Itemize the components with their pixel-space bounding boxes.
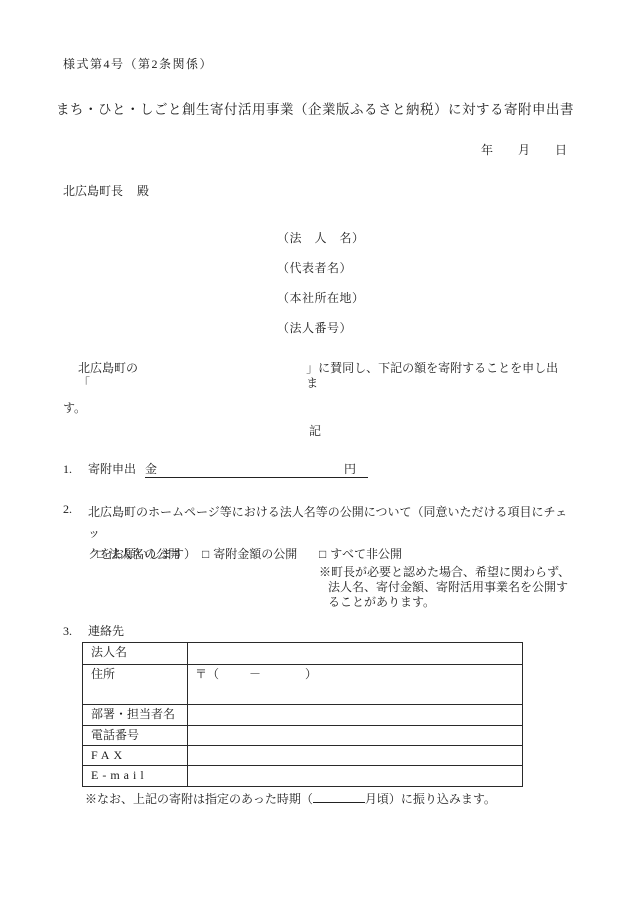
representative-name-label: （代表者名） [277, 261, 365, 275]
row-label-cell: 住所 [83, 665, 188, 704]
month-blank-line [313, 791, 365, 803]
row-value-cell [188, 726, 522, 745]
form-number: 様式第4号（第2条関係） [63, 57, 213, 72]
option-label: すべて非公開 [330, 547, 402, 561]
date-line: 年 月 日 [481, 143, 567, 158]
option-donation-amount: □ 寄附金額の公開 [202, 547, 297, 562]
year-label: 年 [481, 143, 493, 158]
checkbox-icon: □ [202, 547, 209, 561]
declaration-lead-in: 北広島町の「 [78, 361, 150, 391]
addressee: 北広島町長 殿 [63, 184, 149, 199]
donation-amount-item: 1. 寄附申出 金 円 [63, 462, 368, 478]
day-label: 日 [555, 143, 567, 158]
amount-prefix: 金 [145, 462, 157, 477]
table-row-phone: 電話番号 [83, 725, 522, 745]
row-label-cell: FAX [83, 746, 188, 765]
table-row-department: 部署・担当者名 [83, 704, 522, 725]
option-label: 法人名の公開 [108, 547, 180, 561]
contact-item: 3. 連絡先 [63, 624, 124, 639]
table-row-address: 住所 〒（－） [83, 664, 522, 704]
row-label-cell: E-mail [83, 766, 188, 786]
addressee-name: 北広島町長 [63, 184, 123, 199]
footnote-lead: ※なお、上記の寄附は指定のあった時期（ [85, 792, 313, 806]
table-row-fax: FAX [83, 745, 522, 765]
record-heading: 記 [0, 424, 630, 439]
declaration-paragraph: 北広島町の「 」に賛同し、下記の額を寄附することを申し出ま す。 [63, 361, 569, 416]
table-row-corporate-name: 法人名 [83, 643, 522, 664]
donation-amount-underline: 金 円 [145, 462, 368, 478]
checkbox-icon: □ [97, 547, 104, 561]
item-number-1: 1. [63, 462, 88, 477]
postal-mark: 〒（ [195, 667, 219, 681]
option-label: 寄附金額の公開 [213, 547, 297, 561]
row-label-cell: 法人名 [83, 643, 188, 664]
amount-suffix: 円 [344, 462, 356, 477]
transfer-timing-footnote: ※なお、上記の寄附は指定のあった時期（月頃）に振り込みます。 [85, 791, 496, 807]
head-office-address-label: （本社所在地） [277, 291, 365, 305]
postal-close-paren: ） [305, 667, 317, 681]
row-label-cell: 電話番号 [83, 726, 188, 745]
declaration-line-1: 北広島町の「 」に賛同し、下記の額を寄附することを申し出ま [63, 361, 569, 391]
row-value-cell [188, 643, 522, 664]
footnote-tail: 月頃）に振り込みます。 [365, 792, 496, 806]
option-corporate-name: □ 法人名の公開 [97, 547, 180, 562]
donation-application-form: 様式第4号（第2条関係） まち・ひと・しごと創生寄付活用事業（企業版ふるさと納税… [0, 0, 630, 903]
note-line-3: ることがあります。 [319, 595, 579, 610]
row-value-cell: 〒（－） [188, 665, 522, 704]
addressee-honorific: 殿 [137, 184, 149, 199]
page-title: まち・ひと・しごと創生寄付活用事業（企業版ふるさと納税）に対する寄附申出書 [0, 102, 630, 117]
postal-dash: － [249, 667, 261, 681]
contact-label: 連絡先 [88, 624, 124, 639]
item-number-3: 3. [63, 624, 88, 639]
corporate-name-label: （法 人 名） [277, 231, 365, 245]
row-value-cell [188, 746, 522, 765]
applicant-fields: （法 人 名） （代表者名） （本社所在地） （法人番号） [277, 231, 365, 351]
publication-note: ※町長が必要と認めた場合、希望に関わらず、 法人名、寄付金額、寄附活用事業名を公… [319, 565, 579, 610]
item-number-2: 2. [63, 502, 88, 565]
month-label: 月 [518, 143, 530, 158]
option-all-private: □ すべて非公開 [319, 547, 402, 562]
row-label-cell: 部署・担当者名 [83, 705, 188, 725]
publication-text-line-1: 北広島町のホームページ等における法人名等の公開について（同意いただける項目にチェ… [88, 502, 570, 544]
corporate-number-label: （法人番号） [277, 321, 365, 335]
checkbox-icon: □ [319, 547, 326, 561]
row-value-cell [188, 705, 522, 725]
donation-label: 寄附申出 [88, 462, 136, 477]
row-value-cell [188, 766, 522, 786]
declaration-lead-out: 」に賛同し、下記の額を寄附することを申し出ま [306, 361, 569, 391]
table-row-email: E-mail [83, 765, 522, 786]
note-line-2: 法人名、寄付金額、寄附活用事業名を公開す [319, 580, 579, 595]
contact-table: 法人名 住所 〒（－） 部署・担当者名 電話番号 FAX E-mail [82, 642, 523, 787]
publication-options: □ 法人名の公開 □ 寄附金額の公開 □ すべて非公開 [97, 547, 567, 563]
declaration-line-2: す。 [63, 401, 569, 416]
note-line-1: ※町長が必要と認めた場合、希望に関わらず、 [319, 565, 579, 580]
